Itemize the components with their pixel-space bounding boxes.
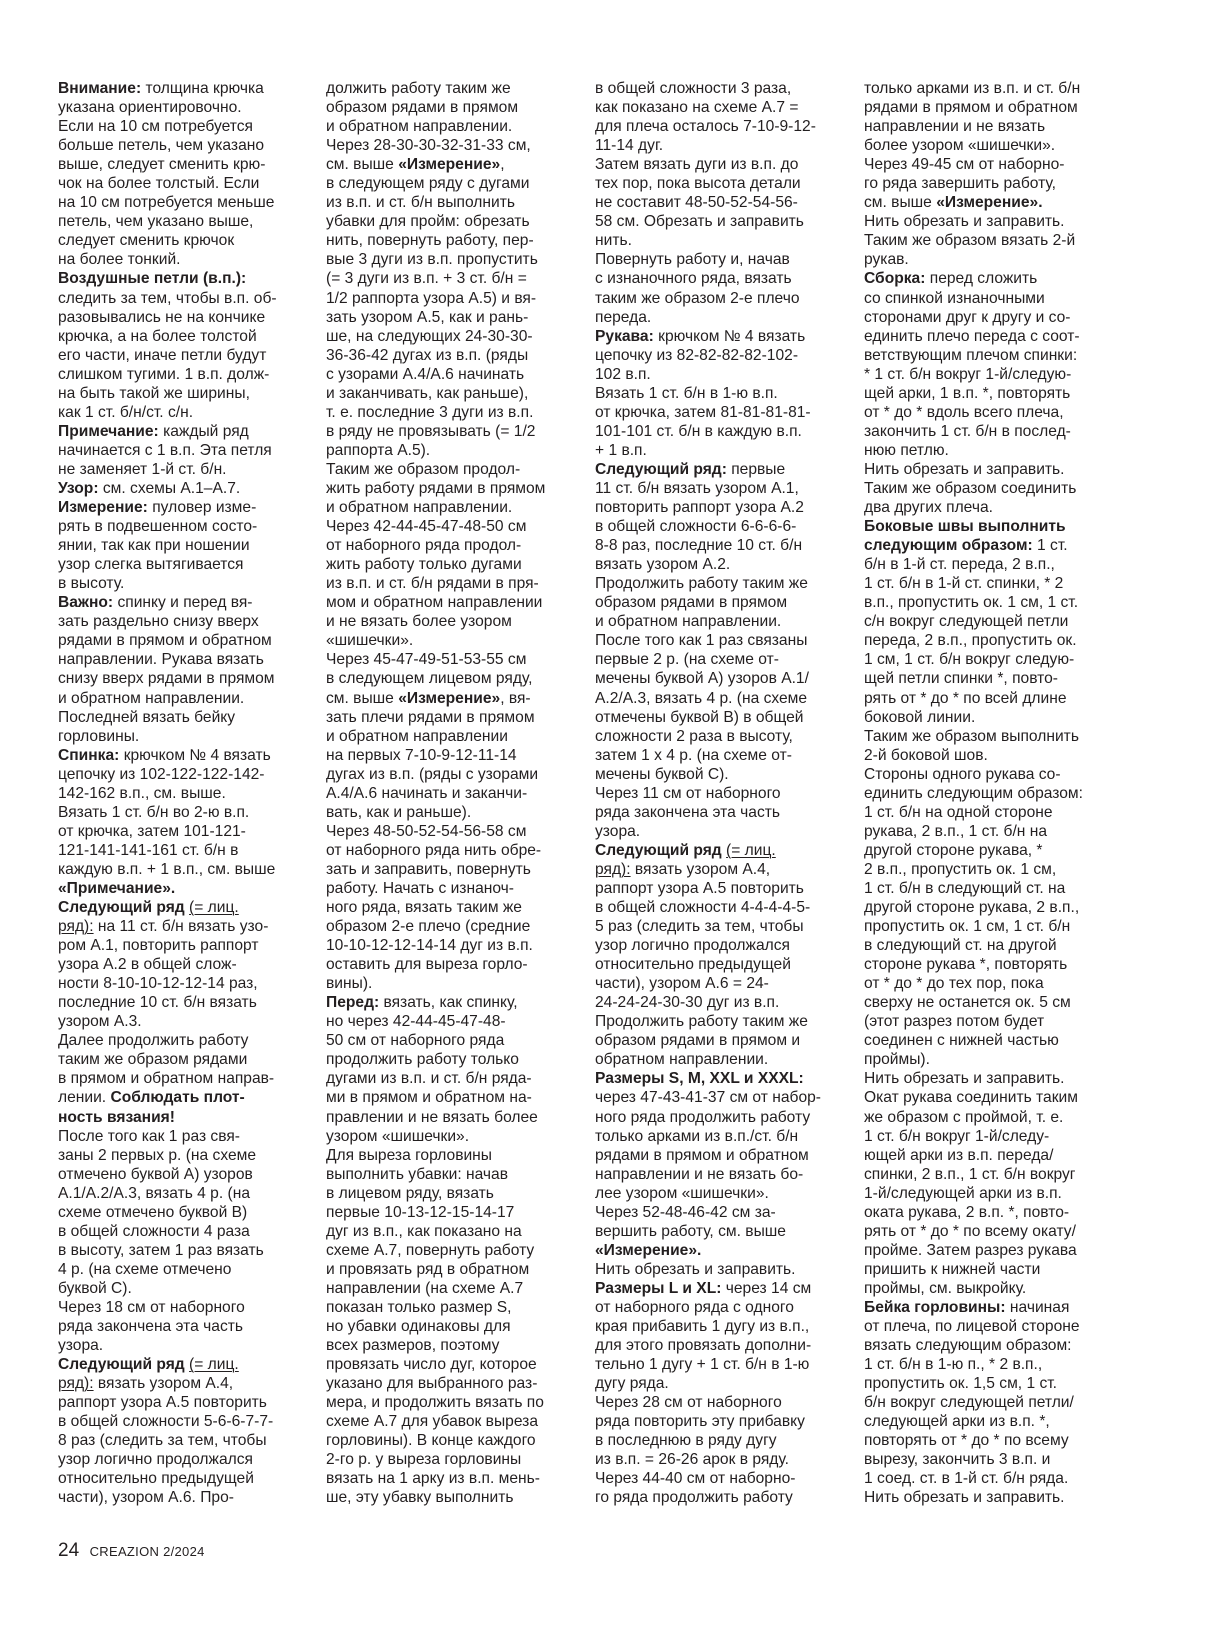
body-text: затем 1 x 4 р. (на схеме от- [595, 747, 792, 764]
body-text: Таким же образом выполнить [864, 728, 1079, 745]
body-text: направлении (на схеме А.7 [326, 1280, 523, 1297]
body-text: в.п., пропустить ок. 1 см, 1 ст. [864, 594, 1078, 611]
text-line: нюю петлю. [864, 441, 1124, 460]
text-line: ряд): вязать узором А.4, [58, 1374, 308, 1393]
body-text: ми в прямом и обратном на- [326, 1089, 532, 1106]
body-text: спинку и перед вя- [113, 594, 252, 611]
text-line: «Измерение». [595, 1241, 845, 1260]
text-line: лее узором «шишечки». [595, 1184, 845, 1203]
body-text: вые 3 дуги из в.п. пропустить [326, 251, 538, 268]
text-line: боковой линии. [864, 708, 1124, 727]
text-line: пришить к нижней части [864, 1260, 1124, 1279]
text-line: убавки для пройм: обрезать [326, 212, 576, 231]
body-text: пройме. Затем разрез рукава [864, 1242, 1077, 1259]
bold-heading: Примечание: [58, 423, 159, 440]
text-line: Стороны одного рукава со- [864, 765, 1124, 784]
bold-heading: ность вязания! [58, 1109, 175, 1126]
text-line: в высоту, затем 1 раз вязать [58, 1241, 308, 1260]
body-text: вязать, как спинку, [379, 994, 517, 1011]
body-text: , вя- [500, 690, 530, 707]
body-text: схеме отмечено буквой В) [58, 1204, 247, 1221]
text-line: вые 3 дуги из в.п. пропустить [326, 250, 576, 269]
body-text: заны 2 первых р. (на схеме [58, 1147, 256, 1164]
text-line: пройме. Затем разрез рукава [864, 1241, 1124, 1260]
text-line: го ряда завершить работу, [864, 174, 1124, 193]
text-line: должить работу таким же [326, 79, 576, 98]
text-line: выше, следует сменить крю- [58, 155, 308, 174]
text-line: 58 см. Обрезать и заправить [595, 212, 845, 231]
text-line: Последней вязать бейку [58, 708, 308, 727]
text-line: от наборного ряда продол- [326, 536, 576, 555]
text-line: ветствующим плечом спинки: [864, 346, 1124, 365]
body-text: в общей сложности 6-6-6-6- [595, 518, 796, 535]
text-line: рять от * до * по всему окату/ [864, 1222, 1124, 1241]
body-text: дугами из в.п. и ст. б/н ряда- [326, 1070, 532, 1087]
text-line: ром А.1, повторить раппорт [58, 936, 308, 955]
text-line: Размеры L и XL: через 14 см [595, 1279, 845, 1298]
body-text: 2 в.п., пропустить ок. 1 см, [864, 861, 1056, 878]
text-line: 2-й боковой шов. [864, 746, 1124, 765]
text-line: Примечание: каждый ряд [58, 422, 308, 441]
body-text: первые 2 р. (на схеме от- [595, 651, 779, 668]
body-text: 142-162 в.п., см. выше. [58, 785, 226, 802]
text-line: с узорами А.4/А.6 начинать [326, 365, 576, 384]
text-line: 1 см, 1 ст. б/н вокруг следую- [864, 650, 1124, 669]
text-line: вырезу, закончить 3 в.п. и [864, 1450, 1124, 1469]
text-line: и провязать ряд в обратном [326, 1260, 576, 1279]
text-line: чок на более толстый. Если [58, 174, 308, 193]
text-line: переда. [595, 308, 845, 327]
page-footer: 24 CREAZION 2/2024 [58, 1540, 205, 1562]
text-line: го ряда продолжить работу [595, 1488, 845, 1507]
text-line: от крючка, затем 101-121- [58, 822, 308, 841]
body-text: выполнить убавки: начав [326, 1166, 508, 1183]
body-text: , [500, 156, 504, 173]
text-line: образом рядами в прямом и [595, 1031, 845, 1050]
underlined-text: (= лиц. [189, 899, 239, 916]
body-text: 121-141-141-161 ст. б/н в [58, 842, 238, 859]
body-text: 1-й/следующей арки из в.п. [864, 1185, 1062, 1202]
body-text: схеме А.7, повернуть работу [326, 1242, 534, 1259]
text-line: показан только размер S, [326, 1298, 576, 1317]
text-line: заны 2 первых р. (на схеме [58, 1146, 308, 1165]
text-line: спинки, 2 в.п., 1 ст. б/н вокруг [864, 1165, 1124, 1184]
text-line: части), узором А.6 = 24- [595, 974, 845, 993]
text-line: правлении и не вязать более [326, 1108, 576, 1127]
body-text: другой стороне рукава, * [864, 842, 1043, 859]
body-text: см. выше [326, 156, 398, 173]
body-text: Через 42-44-45-47-48-50 см [326, 518, 526, 535]
body-text: чок на более толстый. Если [58, 175, 259, 192]
text-line: Через 42-44-45-47-48-50 см [326, 517, 576, 536]
text-line: 101-101 ст. б/н в каждую в.п. [595, 422, 845, 441]
text-line: рядами в прямом и обратном [58, 631, 308, 650]
body-text: А.1/А.2/А.3, вязать 4 р. (на [58, 1185, 250, 1202]
body-text: части), узором А.6. Про- [58, 1489, 234, 1506]
text-line: б/н в 1-й ст. переда, 2 в.п., [864, 555, 1124, 574]
body-text: относительно предыдущей [58, 1470, 254, 1487]
text-line: проймы, см. выкройку. [864, 1279, 1124, 1298]
text-line: ность вязания! [58, 1108, 308, 1127]
body-text: из в.п. и ст. б/н рядами в пря- [326, 575, 539, 592]
body-text: 58 см. Обрезать и заправить [595, 213, 804, 230]
text-line: в прямом и обратном направ- [58, 1069, 308, 1088]
text-line: зать узором А.5, как и рань- [326, 308, 576, 327]
body-text: дугу ряда. [595, 1375, 669, 1392]
text-line: ше, на следующих 24-30-30- [326, 327, 576, 346]
body-text: указано для выбранного раз- [326, 1375, 537, 1392]
body-text: 50 см от наборного ряда [326, 1032, 504, 1049]
bold-heading: Бейка горловины: [864, 1299, 1006, 1316]
body-text: Через 52-48-46-42 см за- [595, 1204, 776, 1221]
text-line: схеме А.7, повернуть работу [326, 1241, 576, 1260]
text-line: в следующем лицевом ряду, [326, 669, 576, 688]
text-line: нить. [595, 231, 845, 250]
text-line: 1/2 раппорта узора А.5) и вя- [326, 289, 576, 308]
text-line: относительно предыдущей [58, 1469, 308, 1488]
text-line: для плеча осталось 7-10-9-12- [595, 117, 845, 136]
body-text: как 1 ст. б/н/ст. с/н. [58, 404, 193, 421]
body-text: узор слегка вытягивается [58, 556, 244, 573]
body-text: пришить к нижней части [864, 1261, 1040, 1278]
body-text: 5 раз (следить за тем, чтобы [595, 918, 804, 935]
text-line: ми в прямом и обратном на- [326, 1088, 576, 1107]
text-line: Нить обрезать и заправить. [864, 212, 1124, 231]
body-text: вырезу, закончить 3 в.п. и [864, 1451, 1050, 1468]
body-text: 24-24-24-30-30 дуг из в.п. [595, 994, 779, 1011]
body-text: Стороны одного рукава со- [864, 766, 1061, 783]
text-line: Следующий ряд: первые [595, 460, 845, 479]
body-text: Через 18 см от наборного [58, 1299, 245, 1316]
body-text: направлении. Рукава вязать [58, 651, 264, 668]
text-line: разовывались не на кончике [58, 308, 308, 327]
text-line: Рукава: крючком № 4 вязать [595, 327, 845, 346]
body-text: 2-й боковой шов. [864, 747, 988, 764]
text-line: Продолжить работу таким же [595, 1012, 845, 1031]
body-text: раппорт узора А.5 повторить [58, 1394, 267, 1411]
body-text: Через 49-45 см от наборно- [864, 156, 1064, 173]
body-text: в последнюю в ряду дугу [595, 1432, 777, 1449]
body-text: ного ряда продолжить работу [595, 1109, 810, 1126]
text-line: Важно: спинку и перед вя- [58, 593, 308, 612]
text-line: затем 1 x 4 р. (на схеме от- [595, 746, 845, 765]
text-line: в высоту. [58, 574, 308, 593]
text-line: тельно 1 дугу + 1 ст. б/н в 1-ю [595, 1355, 845, 1374]
text-line: только арками из в.п. и ст. б/н [864, 79, 1124, 98]
text-line: указана ориентировочно. [58, 98, 308, 117]
body-text: Для выреза горловины [326, 1147, 492, 1164]
body-text: 4 р. (на схеме отмечено [58, 1261, 231, 1278]
text-line: два других плеча. [864, 498, 1124, 517]
body-text: в высоту. [58, 575, 124, 592]
body-text: с узорами А.4/А.6 начинать [326, 366, 524, 383]
text-line: 24-24-24-30-30 дуг из в.п. [595, 993, 845, 1012]
text-line: Следующий ряд (= лиц. [58, 1355, 308, 1374]
text-line: (этот разрез потом будет [864, 1012, 1124, 1031]
body-text: следить за тем, чтобы в.п. об- [58, 290, 277, 307]
body-text: вязать следующим образом: [864, 1337, 1072, 1354]
text-line: части), узором А.6. Про- [58, 1488, 308, 1507]
text-line: 1 ст. б/н вокруг 1-й/следу- [864, 1127, 1124, 1146]
bold-heading: Рукава: [595, 328, 654, 345]
text-line: мера, и продолжить вязать по [326, 1393, 576, 1412]
body-text: и провязать ряд в обратном [326, 1261, 529, 1278]
text-line: нить, повернуть работу, пер- [326, 231, 576, 250]
text-line: Продолжить работу таким же [595, 574, 845, 593]
body-text: вать, как и раньше). [326, 804, 471, 821]
text-line: больше петель, чем указано [58, 136, 308, 155]
body-text: но через 42-44-45-47-48- [326, 1013, 506, 1030]
text-line: 8 раз (следить за тем, чтобы [58, 1431, 308, 1450]
text-line: схеме А.7 для убавок выреза [326, 1412, 576, 1431]
body-text: узора А.2 в общей слож- [58, 956, 237, 973]
body-text: от крючка, затем 81-81-81-81- [595, 404, 811, 421]
text-line: Узор: см. схемы А.1–А.7. [58, 479, 308, 498]
body-text: «шишечки». [326, 632, 413, 649]
body-text: Таким же образом продол- [326, 461, 520, 478]
text-line: вины). [326, 974, 576, 993]
body-text: раппорт узора А.5 повторить [595, 880, 804, 897]
body-text: 1 см, 1 ст. б/н вокруг следую- [864, 651, 1074, 668]
body-text: больше петель, чем указано [58, 137, 264, 154]
body-text: рять от * до * по всей длине [864, 690, 1067, 707]
body-text: зать плечи рядами в прямом [326, 709, 535, 726]
body-text: последние 10 ст. б/н вязать [58, 994, 257, 1011]
text-line: Затем вязать дуги из в.п. до [595, 155, 845, 174]
body-text: Таким же образом вязать 2-й [864, 232, 1075, 249]
body-text: для плеча осталось 7-10-9-12- [595, 118, 816, 135]
text-line: в общей сложности 6-6-6-6- [595, 517, 845, 536]
bold-heading: «Примечание». [58, 880, 175, 897]
text-line: Далее продолжить работу [58, 1031, 308, 1050]
text-line: вязать следующим образом: [864, 1336, 1124, 1355]
text-line: снизу вверх рядами в прямом [58, 669, 308, 688]
text-line: ряда закончена эта часть [595, 803, 845, 822]
body-text: из в.п. = 26-26 арок в ряду. [595, 1451, 789, 1468]
body-text: 11 ст. б/н вязать узором А.1, [595, 480, 799, 497]
body-text: буквой С). [58, 1280, 132, 1297]
text-line: но убавки одинаковы для [326, 1317, 576, 1336]
text-line: ряда закончена эта часть [58, 1317, 308, 1336]
body-text: правлении и не вязать более [326, 1109, 538, 1126]
text-line: + 1 в.п. [595, 441, 845, 460]
text-line: слишком тугими. 1 в.п. долж- [58, 365, 308, 384]
bold-heading: Следующий ряд [595, 842, 722, 859]
body-text: только арками из в.п./ст. б/н [595, 1128, 798, 1145]
text-line: 11-14 дуг. [595, 136, 845, 155]
body-text: и заканчивать, как раньше), [326, 385, 528, 402]
text-line: другой стороне рукава, 2 в.п., [864, 898, 1124, 917]
text-line: Через 45-47-49-51-53-55 см [326, 650, 576, 669]
body-text: Вязать 1 ст. б/н в 1-ю в.п. [595, 385, 778, 402]
text-line: относительно предыдущей [595, 955, 845, 974]
body-text: относительно предыдущей [595, 956, 791, 973]
body-text: проймы, см. выкройку. [864, 1280, 1026, 1297]
bold-heading: Воздушные петли (в.п.): [58, 270, 246, 287]
text-line: жить работу только дугами [326, 555, 576, 574]
body-text: убавки для пройм: обрезать [326, 213, 530, 230]
body-text: * 1 ст. б/н вокруг 1-й/следую- [864, 366, 1071, 383]
body-text: в общей сложности 5-6-6-7-7- [58, 1413, 273, 1430]
text-line: Нить обрезать и заправить. [595, 1260, 845, 1279]
body-text: 1 соед. ст. в 1-й ст. б/н ряда. [864, 1470, 1068, 1487]
body-text: начинается с 1 в.п. Эта петля [58, 442, 272, 459]
body-text: таким же образом 2-е плечо [595, 290, 800, 307]
body-text: в следующий ст. на другой [864, 937, 1057, 954]
body-text: отмечены буквой В) в общей [595, 709, 804, 726]
bold-heading: «Измерение». [595, 1242, 701, 1259]
text-line: провязать число дуг, которое [326, 1355, 576, 1374]
body-text: узор логично продолжался [58, 1451, 253, 1468]
bold-heading: Сборка: [864, 270, 925, 287]
text-line: Перед: вязать, как спинку, [326, 993, 576, 1012]
body-text: из в.п. и ст. б/н выполнить [326, 194, 515, 211]
body-text: в общей сложности 4-4-4-4-5- [595, 899, 810, 916]
body-text: 1 ст. б/н в 1-ю п., * 2 в.п., [864, 1356, 1042, 1373]
text-line: проймы). [864, 1050, 1124, 1069]
text-line: отмечены буквой В) в общей [595, 708, 845, 727]
body-text: но убавки одинаковы для [326, 1318, 511, 1335]
text-line: Воздушные петли (в.п.): [58, 269, 308, 288]
text-line: 2-го р. у выреза горловины [326, 1450, 576, 1469]
body-text: 1 ст. б/н в 1-й ст. спинки, * 2 [864, 575, 1063, 592]
body-text: боковой линии. [864, 709, 975, 726]
body-text: в общей сложности 4 раза [58, 1223, 250, 1240]
body-text: 1 ст. б/н вокруг 1-й/следу- [864, 1128, 1049, 1145]
text-line: Нить обрезать и заправить. [864, 1069, 1124, 1088]
text-line: оката рукава, 2 в.п. *, повто- [864, 1203, 1124, 1222]
body-text: направлении и не вязать бо- [595, 1166, 803, 1183]
text-line: и заканчивать, как раньше), [326, 384, 576, 403]
text-line: 50 см от наборного ряда [326, 1031, 576, 1050]
text-line: Окат рукава соединить таким [864, 1088, 1124, 1107]
body-text: каждый ряд [159, 423, 249, 440]
body-text: его части, иначе петли будут [58, 347, 266, 364]
text-line: дуг из в.п., как показано на [326, 1222, 576, 1241]
body-text: ряда закончена эта часть [58, 1318, 243, 1335]
text-line: единить плечо переда с соот- [864, 327, 1124, 346]
body-text: закончить 1 ст. б/н в послед- [864, 423, 1071, 440]
body-text: разовывались не на кончике [58, 309, 265, 326]
body-text: Вязать 1 ст. б/н во 2-ю в.п. [58, 804, 249, 821]
body-text: Через 48-50-52-54-56-58 см [326, 823, 526, 840]
text-line: 5 раз (следить за тем, чтобы [595, 917, 845, 936]
text-line: Внимание: толщина крючка [58, 79, 308, 98]
body-text: нить. [595, 232, 632, 249]
bold-heading: «Измерение». [936, 194, 1042, 211]
text-line: из в.п. и ст. б/н рядами в пря- [326, 574, 576, 593]
text-line: соединен с нижней частью [864, 1031, 1124, 1050]
text-line: см. выше «Измерение», [326, 155, 576, 174]
text-line: и обратном направлении. [326, 117, 576, 136]
body-text: 1/2 раппорта узора А.5) и вя- [326, 290, 536, 307]
bold-heading: Соблюдать плот- [110, 1089, 244, 1106]
text-line: Таким же образом соединить [864, 479, 1124, 498]
body-text: Продолжить работу таким же [595, 1013, 808, 1030]
body-text: 8-8 раз, последние 10 ст. б/н [595, 537, 802, 554]
text-line: только арками из в.п./ст. б/н [595, 1127, 845, 1146]
body-text: ряда закончена эта часть [595, 804, 780, 821]
text-line: дугах из в.п. (ряды с узорами [326, 765, 576, 784]
body-text: в следующем лицевом ряду, [326, 670, 533, 687]
body-text: образом 2-е плечо (средние [326, 918, 530, 935]
body-text: два других плеча. [864, 499, 993, 516]
body-text: спинки, 2 в.п., 1 ст. б/н вокруг [864, 1166, 1076, 1183]
body-text: рядами в прямом и обратном [595, 1147, 809, 1164]
bold-heading: Узор: [58, 480, 99, 497]
text-line: горловины. [58, 727, 308, 746]
text-line: сторонами друг к другу и со- [864, 308, 1124, 327]
body-text: всех размеров, поэтому [326, 1337, 499, 1354]
text-line: следующей арки из в.п. *, [864, 1412, 1124, 1431]
body-text: перед сложить [925, 270, 1037, 287]
body-text: провязать число дуг, которое [326, 1356, 537, 1373]
text-line: 1 ст. б/н в 1-ю п., * 2 в.п., [864, 1355, 1124, 1374]
text-line: повторять от * до * по всему [864, 1431, 1124, 1450]
body-text: показан только размер S, [326, 1299, 512, 1316]
text-line: Боковые швы выполнить [864, 517, 1124, 536]
text-line: дугами из в.п. и ст. б/н ряда- [326, 1069, 576, 1088]
text-line: и обратном направлении [326, 727, 576, 746]
text-line: Нить обрезать и заправить. [864, 1488, 1124, 1507]
text-line: 10-10-12-12-14-14 дуг из в.п. [326, 936, 576, 955]
body-text: крючком № 4 вязать [654, 328, 805, 345]
text-line: таким же образом рядами [58, 1050, 308, 1069]
text-line: следует сменить крючок [58, 231, 308, 250]
body-text: соединен с нижней частью [864, 1032, 1059, 1049]
text-line: ности 8-10-10-12-12-14 раз, [58, 974, 308, 993]
body-text: Через 28-30-30-32-31-33 см, [326, 137, 531, 154]
body-text: Нить обрезать и заправить. [864, 1489, 1065, 1506]
text-line: не заменяет 1-й ст. б/н. [58, 460, 308, 479]
text-line: Если на 10 см потребуется [58, 117, 308, 136]
text-line: переда, 2 в.п., пропустить ок. [864, 631, 1124, 650]
text-line: но через 42-44-45-47-48- [326, 1012, 576, 1031]
text-line: всех размеров, поэтому [326, 1336, 576, 1355]
body-text: с/н вокруг следующей петли [864, 613, 1068, 630]
body-text: (этот разрез потом будет [864, 1013, 1044, 1030]
body-text: Через 28 см от наборного [595, 1394, 782, 1411]
text-line: указано для выбранного раз- [326, 1374, 576, 1393]
body-text: от наборного ряда с одного [595, 1299, 794, 1316]
text-line: см. выше «Измерение», вя- [326, 689, 576, 708]
text-line: зать и заправить, повернуть [326, 860, 576, 879]
body-text: единить следующим образом: [864, 785, 1083, 802]
text-line: сложности 2 раза в высоту, [595, 727, 845, 746]
body-text: оката рукава, 2 в.п. *, повто- [864, 1204, 1069, 1221]
body-text: пуловер изме- [148, 499, 256, 516]
text-line: через 47-43-41-37 см от набор- [595, 1088, 845, 1107]
bold-heading: Важно: [58, 594, 113, 611]
text-line: 1 ст. б/н в 1-й ст. спинки, * 2 [864, 574, 1124, 593]
text-line: отмечено буквой А) узоров [58, 1165, 308, 1184]
body-text: переда, 2 в.п., пропустить ок. [864, 632, 1077, 649]
body-text: узора. [595, 823, 640, 840]
text-line: 1 соед. ст. в 1-й ст. б/н ряда. [864, 1469, 1124, 1488]
text-line: оставить для выреза горло- [326, 955, 576, 974]
text-line: мечены буквой С). [595, 765, 845, 784]
text-line: другой стороне рукава, * [864, 841, 1124, 860]
body-text: на более тонкий. [58, 251, 180, 268]
text-line: ряда повторить эту прибавку [595, 1412, 845, 1431]
text-line: рять в подвешенном состо- [58, 517, 308, 536]
text-line: в следующий ст. на другой [864, 936, 1124, 955]
body-text: мечены буквой С). [595, 766, 729, 783]
body-text: цепочку из 102-122-122-142- [58, 766, 265, 783]
body-text: рять от * до * по всему окату/ [864, 1223, 1076, 1240]
text-line: Таким же образом продол- [326, 460, 576, 479]
text-line: схеме отмечено буквой В) [58, 1203, 308, 1222]
